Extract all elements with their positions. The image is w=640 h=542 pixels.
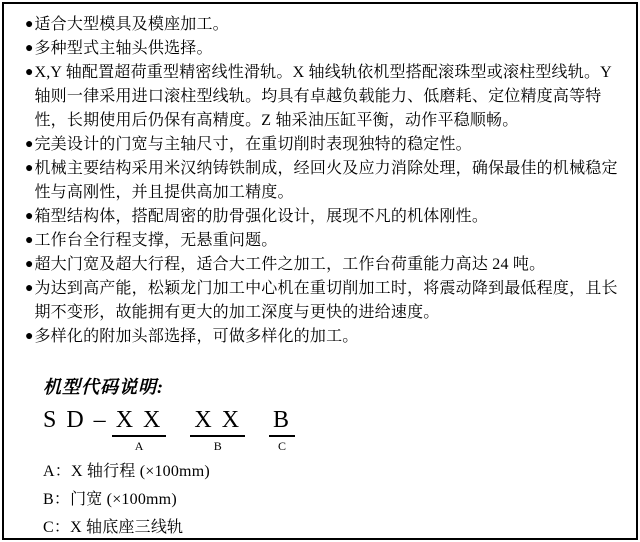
code-segment-c: B C: [269, 406, 295, 453]
code-segment-label: A: [135, 439, 144, 453]
feature-text: 多样化的附加头部选择，可做多样化的加工。: [34, 325, 622, 349]
feature-item: ● 工作台全行程支撑，无悬重问题。: [25, 229, 622, 253]
bullet-icon: ●: [25, 37, 33, 61]
model-code-prefix: S D –: [43, 406, 108, 434]
bullet-icon: ●: [25, 61, 33, 85]
model-code-heading: 机型代码说明:: [43, 373, 622, 399]
bullet-icon: ●: [25, 13, 33, 37]
code-segment-b: X X B: [190, 406, 245, 453]
feature-text: X,Y 轴配置超荷重型精密线性滑轨。X 轴线轨依机型搭配滚珠型或滚柱型线轨。Y …: [34, 61, 622, 133]
bullet-icon: ●: [25, 229, 33, 253]
code-segment-a: X X A: [112, 406, 167, 453]
feature-item: ● 超大门宽及超大行程，适合大工件之加工，工作台荷重能力高达 24 吨。: [25, 253, 622, 277]
feature-item: ● X,Y 轴配置超荷重型精密线性滑轨。X 轴线轨依机型搭配滚珠型或滚柱型线轨。…: [25, 61, 622, 133]
feature-text: 适合大型模具及模座加工。: [34, 13, 622, 37]
feature-text: 为达到高产能，松颖龙门加工中心机在重切削加工时，将震动降到最低程度，且长期不变形…: [34, 277, 622, 325]
bullet-icon: ●: [25, 253, 33, 277]
legend-line-a: A：X 轴行程 (×100mm): [43, 458, 622, 486]
feature-item: ● 箱型结构体，搭配周密的肋骨强化设计，展现不凡的机体刚性。: [25, 205, 622, 229]
model-code-section: 机型代码说明: S D – X X A X X B B C A：X 轴行程 (×…: [43, 373, 622, 540]
feature-text: 工作台全行程支撑，无悬重问题。: [34, 229, 622, 253]
legend-line-b: B：门宽 (×100mm): [43, 486, 622, 514]
feature-text: 完美设计的门宽与主轴尺寸，在重切削时表现独特的稳定性。: [34, 133, 622, 157]
feature-item: ● 多种型式主轴头供选择。: [25, 37, 622, 61]
document-page: ● 适合大型模具及模座加工。 ● 多种型式主轴头供选择。 ● X,Y 轴配置超荷…: [2, 2, 638, 540]
feature-text: 多种型式主轴头供选择。: [34, 37, 622, 61]
code-segment-text: X X: [190, 406, 245, 437]
legend-line-c: C：X 轴底座三线轨: [43, 514, 622, 540]
code-segment-text: B: [269, 406, 295, 437]
feature-item: ● 多样化的附加头部选择，可做多样化的加工。: [25, 325, 622, 349]
bullet-icon: ●: [25, 133, 33, 157]
code-segment-text: X X: [112, 406, 167, 437]
bullet-icon: ●: [25, 325, 33, 349]
feature-text: 机械主要结构采用米汉纳铸铁制成，经回火及应力消除处理，确保最佳的机械稳定性与高刚…: [34, 157, 622, 205]
model-code-line: S D – X X A X X B B C: [43, 406, 622, 453]
feature-text: 超大门宽及超大行程，适合大工件之加工，工作台荷重能力高达 24 吨。: [34, 253, 622, 277]
feature-item: ● 完美设计的门宽与主轴尺寸，在重切削时表现独特的稳定性。: [25, 133, 622, 157]
bullet-icon: ●: [25, 205, 33, 229]
feature-list: ● 适合大型模具及模座加工。 ● 多种型式主轴头供选择。 ● X,Y 轴配置超荷…: [25, 13, 622, 349]
feature-text: 箱型结构体，搭配周密的肋骨强化设计，展现不凡的机体刚性。: [34, 205, 622, 229]
feature-item: ● 机械主要结构采用米汉纳铸铁制成，经回火及应力消除处理，确保最佳的机械稳定性与…: [25, 157, 622, 205]
bullet-icon: ●: [25, 277, 33, 301]
bullet-icon: ●: [25, 157, 33, 181]
code-legend: A：X 轴行程 (×100mm) B：门宽 (×100mm) C：X 轴底座三线…: [43, 458, 622, 540]
feature-item: ● 为达到高产能，松颖龙门加工中心机在重切削加工时，将震动降到最低程度，且长期不…: [25, 277, 622, 325]
code-segment-label: C: [278, 439, 286, 453]
code-segment-label: B: [214, 439, 222, 453]
feature-item: ● 适合大型模具及模座加工。: [25, 13, 622, 37]
